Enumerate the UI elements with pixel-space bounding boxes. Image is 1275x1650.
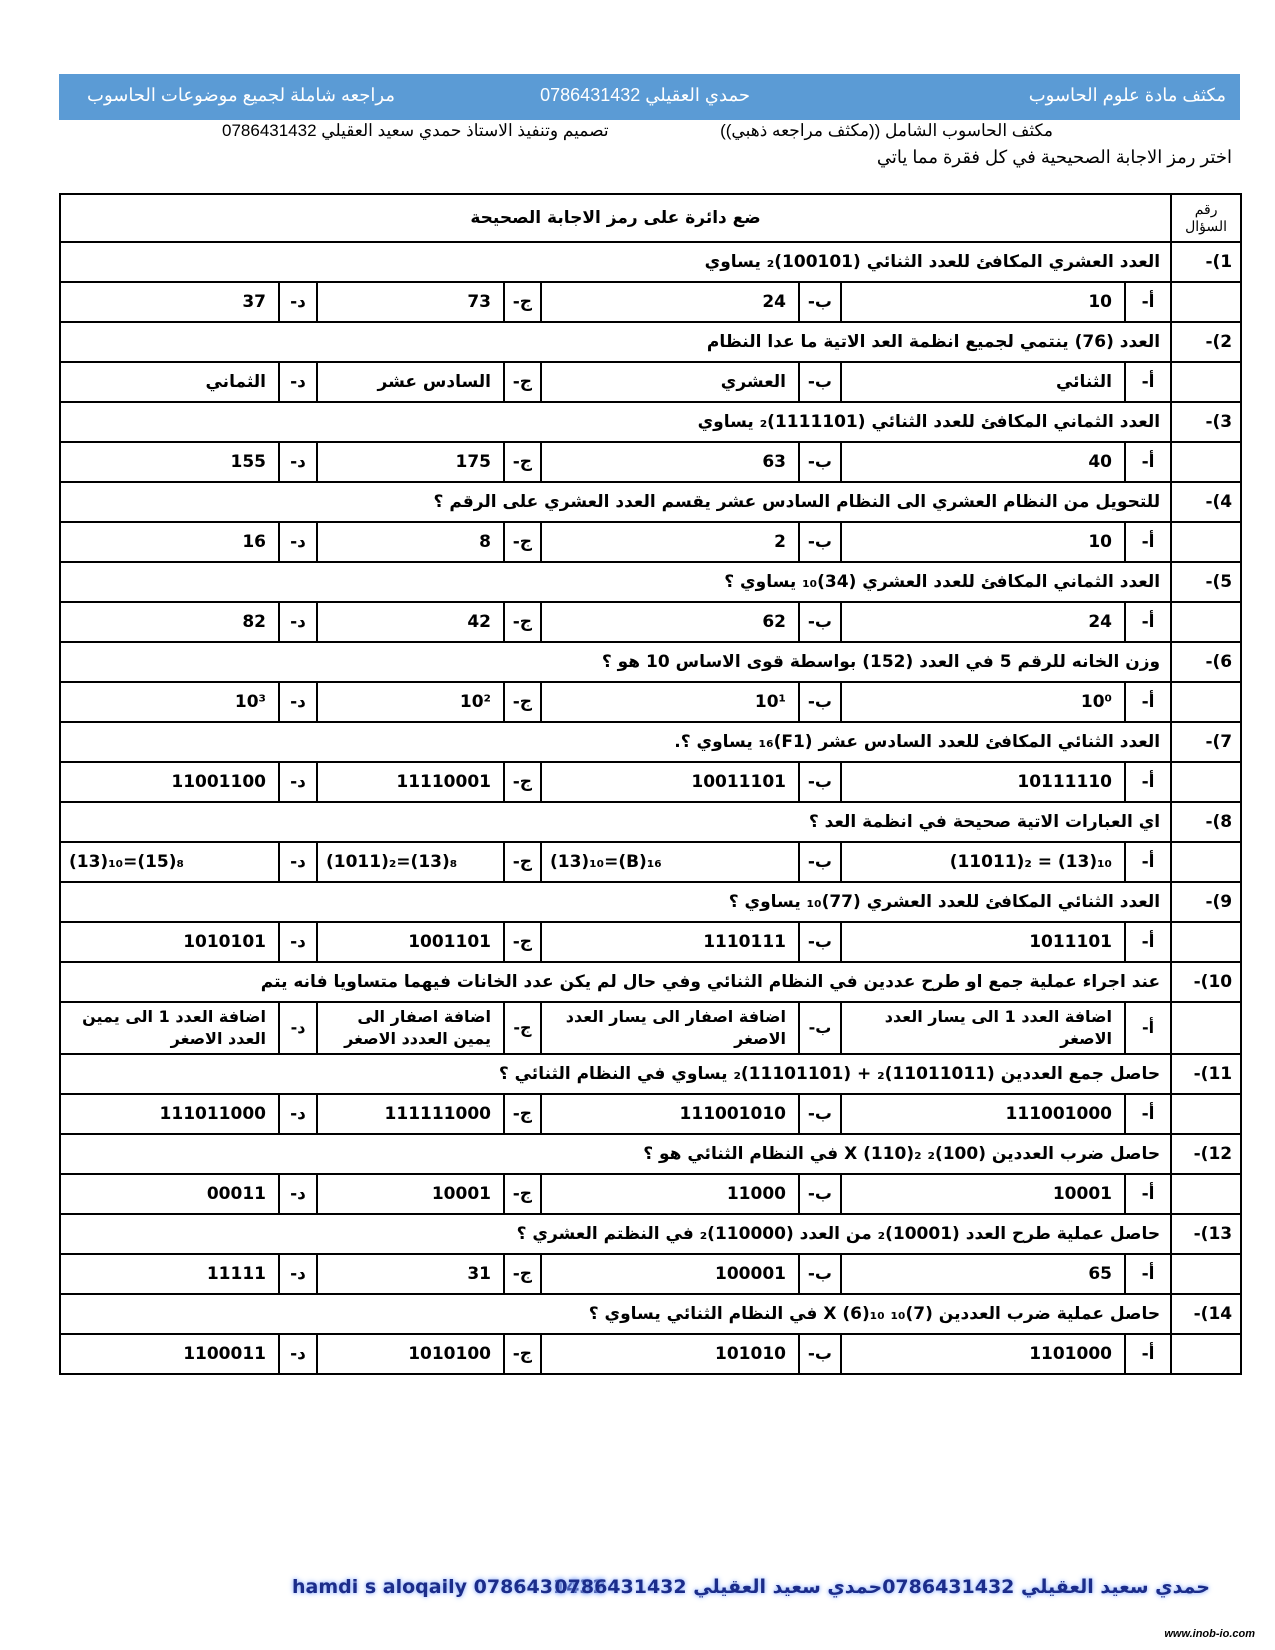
option-d[interactable]: 82 (60, 602, 279, 642)
question-text: للتحويل من النظام العشري الى النظام السا… (60, 482, 1171, 522)
empty-number-cell (1171, 1334, 1241, 1374)
option-a[interactable]: 10⁰ (841, 682, 1125, 722)
question-text: العدد الثنائي المكافئ للعدد العشري (77)₁… (60, 882, 1171, 922)
option-b-label[interactable]: ب- (799, 522, 841, 562)
option-d[interactable]: 111011000 (60, 1094, 279, 1134)
option-b-label[interactable]: ب- (799, 1334, 841, 1374)
option-d-label[interactable]: د- (279, 602, 317, 642)
question-row: عند اجراء عملية جمع او طرح عددين في النظ… (60, 962, 1241, 1002)
option-a[interactable]: الثنائي (841, 362, 1125, 402)
option-a-label[interactable]: أ- (1125, 922, 1171, 962)
question-text: العدد الثماني المكافئ للعدد الثنائي (111… (60, 402, 1171, 442)
question-row: وزن الخانه للرقم 5 في العدد (152) بواسطة… (60, 642, 1241, 682)
option-a-label[interactable]: أ- (1125, 1094, 1171, 1134)
option-a[interactable]: 10 (841, 522, 1125, 562)
question-text: العدد الثماني المكافئ للعدد العشري (34)₁… (60, 562, 1171, 602)
answer-row: اضافة العدد 1 الى يمين العدد الاصغرد-اضا… (60, 1002, 1241, 1054)
option-c-label[interactable]: ج- (504, 762, 541, 802)
option-a-label[interactable]: أ- (1125, 1002, 1171, 1054)
option-c-label[interactable]: ج- (504, 1002, 541, 1054)
option-d-label[interactable]: د- (279, 362, 317, 402)
question-text: العدد (76) ينتمي لجميع انظمة العد الاتية… (60, 322, 1171, 362)
option-b-label[interactable]: ب- (799, 922, 841, 962)
option-b[interactable]: العشري (541, 362, 799, 402)
answer-row: 10³د-10²ج-10¹ب-10⁰أ- (60, 682, 1241, 722)
option-c-label[interactable]: ج- (504, 362, 541, 402)
empty-number-cell (1171, 442, 1241, 482)
question-number: 8)- (1171, 802, 1241, 842)
option-b[interactable]: 11000 (541, 1174, 799, 1214)
option-b-label[interactable]: ب- (799, 362, 841, 402)
option-a-label[interactable]: أ- (1125, 602, 1171, 642)
option-d-label[interactable]: د- (279, 1002, 317, 1054)
option-a[interactable]: اضافة العدد 1 الى يسار العدد الاصغر (841, 1002, 1125, 1054)
option-b[interactable]: 10¹ (541, 682, 799, 722)
option-b-label[interactable]: ب- (799, 1174, 841, 1214)
option-d[interactable]: الثماني (60, 362, 279, 402)
option-b-label[interactable]: ب- (799, 682, 841, 722)
question-row: للتحويل من النظام العشري الى النظام السا… (60, 482, 1241, 522)
option-c-label[interactable]: ج- (504, 1334, 541, 1374)
question-number: 2)- (1171, 322, 1241, 362)
option-d[interactable]: 10³ (60, 682, 279, 722)
question-row: حاصل عملية ضرب العددين (7)₁₀ X (6)₁₀ في … (60, 1294, 1241, 1334)
question-text: اي العبارات الاتية صحيحة في انظمة العد ؟ (60, 802, 1171, 842)
option-d-label[interactable]: د- (279, 1094, 317, 1134)
question-text: حاصل عملية ضرب العددين (7)₁₀ X (6)₁₀ في … (60, 1294, 1171, 1334)
empty-number-cell (1171, 362, 1241, 402)
empty-number-cell (1171, 1174, 1241, 1214)
question-row: العدد الثماني المكافئ للعدد العشري (34)₁… (60, 562, 1241, 602)
instruction-text: اختر رمز الاجابة الصحيحية في كل فقرة مما… (877, 147, 1232, 168)
option-a[interactable]: 1011101 (841, 922, 1125, 962)
option-d-label[interactable]: د- (279, 1334, 317, 1374)
question-row: العدد العشري المكافئ للعدد الثنائي (1001… (60, 242, 1241, 282)
question-number: 7)- (1171, 722, 1241, 762)
question-number: 3)- (1171, 402, 1241, 442)
answer-row: 37د-73ج-24ب-10أ- (60, 282, 1241, 322)
option-d-label[interactable]: د- (279, 522, 317, 562)
answer-row: 16د-8ج-2ب-10أ- (60, 522, 1241, 562)
option-b[interactable]: 100001 (541, 1254, 799, 1294)
option-a[interactable]: 1101000 (841, 1334, 1125, 1374)
empty-number-cell (1171, 922, 1241, 962)
option-d[interactable]: اضافة العدد 1 الى يمين العدد الاصغر (60, 1002, 279, 1054)
question-number: 4)- (1171, 482, 1241, 522)
question-number: 5)- (1171, 562, 1241, 602)
option-b-label[interactable]: ب- (799, 1002, 841, 1054)
option-d[interactable]: 11111 (60, 1254, 279, 1294)
option-c[interactable]: 10001 (317, 1174, 504, 1214)
option-c-label[interactable]: ج- (504, 842, 541, 882)
question-row: العدد الثنائي المكافئ للعدد العشري (77)₁… (60, 882, 1241, 922)
answer-row: 11111د-31ج-100001ب-65أ- (60, 1254, 1241, 1294)
option-b[interactable]: 2 (541, 522, 799, 562)
option-c[interactable]: 8 (317, 522, 504, 562)
option-a[interactable]: 10111110 (841, 762, 1125, 802)
option-b[interactable]: 62 (541, 602, 799, 642)
option-d[interactable]: 1010101 (60, 922, 279, 962)
option-a-label[interactable]: أ- (1125, 1174, 1171, 1214)
empty-number-cell (1171, 762, 1241, 802)
option-d[interactable]: 1100011 (60, 1334, 279, 1374)
question-number: 14)- (1171, 1294, 1241, 1334)
option-c[interactable]: 175 (317, 442, 504, 482)
option-d[interactable]: (13)₁₀=(15)₈ (60, 842, 279, 882)
option-c-label[interactable]: ج- (504, 522, 541, 562)
answer-row: 00011د-10001ج-11000ب-10001أ- (60, 1174, 1241, 1214)
empty-number-cell (1171, 602, 1241, 642)
question-number: 1)- (1171, 242, 1241, 282)
option-b-label[interactable]: ب- (799, 762, 841, 802)
answer-row: 1010101د-1001101ج-1110111ب-1011101أ- (60, 922, 1241, 962)
option-c-label[interactable]: ج- (504, 282, 541, 322)
footer-website: www.inob-io.com (1164, 1628, 1255, 1640)
questions-table: ضع دائرة على رمز الاجابة الصحيحة رقم الس… (59, 193, 1242, 1375)
banner-subject: مكثف مادة علوم الحاسوب (1029, 85, 1226, 106)
option-c-label[interactable]: ج- (504, 602, 541, 642)
table-header-row: ضع دائرة على رمز الاجابة الصحيحة رقم الس… (60, 194, 1241, 242)
option-a-label[interactable]: أ- (1125, 362, 1171, 402)
question-row: اي العبارات الاتية صحيحة في انظمة العد ؟… (60, 802, 1241, 842)
empty-number-cell (1171, 1094, 1241, 1134)
option-d-label[interactable]: د- (279, 762, 317, 802)
question-number: 12)- (1171, 1134, 1241, 1174)
option-b-label[interactable]: ب- (799, 842, 841, 882)
option-b[interactable]: 111001010 (541, 1094, 799, 1134)
empty-number-cell (1171, 522, 1241, 562)
question-number: 13)- (1171, 1214, 1241, 1254)
question-row: العدد (76) ينتمي لجميع انظمة العد الاتية… (60, 322, 1241, 362)
answer-row: 11001100د-11110001ج-10011101ب-10111110أ- (60, 762, 1241, 802)
option-d[interactable]: 00011 (60, 1174, 279, 1214)
empty-number-cell (1171, 1254, 1241, 1294)
option-d-label[interactable]: د- (279, 682, 317, 722)
empty-number-cell (1171, 282, 1241, 322)
option-d-label[interactable]: د- (279, 1254, 317, 1294)
question-text: وزن الخانه للرقم 5 في العدد (152) بواسطة… (60, 642, 1171, 682)
footer-author-arabic: حمدي سعيد العقيلي 0786431432حمدي سعيد ال… (554, 1576, 1210, 1598)
question-text: حاصل ضرب العددين (100)₂ X (110)₂ في النظ… (60, 1134, 1171, 1174)
answer-row: 82د-42ج-62ب-24أ- (60, 602, 1241, 642)
option-d[interactable]: 11001100 (60, 762, 279, 802)
option-d-label[interactable]: د- (279, 282, 317, 322)
option-b[interactable]: اضافة اصفار الى يسار العدد الاصغر (541, 1002, 799, 1054)
option-b-label[interactable]: ب- (799, 282, 841, 322)
question-row: حاصل جمع العددين (11011011)₂ + (11101101… (60, 1054, 1241, 1094)
option-c-label[interactable]: ج- (504, 1174, 541, 1214)
option-b[interactable]: 10011101 (541, 762, 799, 802)
question-text: العدد العشري المكافئ للعدد الثنائي (1001… (60, 242, 1171, 282)
option-c[interactable]: 31 (317, 1254, 504, 1294)
option-a-label[interactable]: أ- (1125, 1334, 1171, 1374)
option-c[interactable]: اضافة اصفار الى يمين العددد الاصغر (317, 1002, 504, 1054)
option-a[interactable]: 10001 (841, 1174, 1125, 1214)
question-text: حاصل عملية طرح العدد (10001)₂ من العدد (… (60, 1214, 1171, 1254)
option-c[interactable]: السادس عشر (317, 362, 504, 402)
option-b-label[interactable]: ب- (799, 1094, 841, 1134)
option-a[interactable]: 10 (841, 282, 1125, 322)
option-a[interactable]: 65 (841, 1254, 1125, 1294)
question-text: عند اجراء عملية جمع او طرح عددين في النظ… (60, 962, 1171, 1002)
option-c-label[interactable]: ج- (504, 682, 541, 722)
option-d-label[interactable]: د- (279, 442, 317, 482)
option-a[interactable]: 24 (841, 602, 1125, 642)
option-c[interactable]: 11110001 (317, 762, 504, 802)
option-c[interactable]: 42 (317, 602, 504, 642)
question-row: حاصل عملية طرح العدد (10001)₂ من العدد (… (60, 1214, 1241, 1254)
empty-number-cell (1171, 682, 1241, 722)
option-c-label[interactable]: ج- (504, 1254, 541, 1294)
option-d[interactable]: 155 (60, 442, 279, 482)
answer-row: (13)₁₀=(15)₈د-(1011)₂=(13)₈ج-(13)₁₀=(B)₁… (60, 842, 1241, 882)
option-c[interactable]: 1001101 (317, 922, 504, 962)
banner-author-phone: حمدي العقيلي 0786431432 (540, 85, 750, 106)
empty-number-cell (1171, 842, 1241, 882)
option-b[interactable]: 1110111 (541, 922, 799, 962)
option-b[interactable]: 63 (541, 442, 799, 482)
option-c-label[interactable]: ج- (504, 922, 541, 962)
question-number: 6)- (1171, 642, 1241, 682)
option-c[interactable]: 111111000 (317, 1094, 504, 1134)
option-c-label[interactable]: ج- (504, 442, 541, 482)
question-text: حاصل جمع العددين (11011011)₂ + (11101101… (60, 1054, 1171, 1094)
option-a-label[interactable]: أ- (1125, 282, 1171, 322)
answer-row: 1100011د-1010100ج-101010ب-1101000أ- (60, 1334, 1241, 1374)
option-d-label[interactable]: د- (279, 922, 317, 962)
option-a-label[interactable]: أ- (1125, 842, 1171, 882)
option-d[interactable]: 16 (60, 522, 279, 562)
option-a[interactable]: 111001000 (841, 1094, 1125, 1134)
table-header-title: ضع دائرة على رمز الاجابة الصحيحة (60, 194, 1171, 242)
option-a-label[interactable]: أ- (1125, 762, 1171, 802)
question-row: العدد الثماني المكافئ للعدد الثنائي (111… (60, 402, 1241, 442)
option-b-label[interactable]: ب- (799, 442, 841, 482)
answer-row: 111011000د-111111000ج-111001010ب-1110010… (60, 1094, 1241, 1134)
banner-review-title: مراجعه شاملة لجميع موضوعات الحاسوب (87, 85, 395, 106)
option-a-label[interactable]: أ- (1125, 522, 1171, 562)
option-a[interactable]: (11011)₂ = (13)₁₀ (841, 842, 1125, 882)
question-number: 9)- (1171, 882, 1241, 922)
option-d-label[interactable]: د- (279, 1174, 317, 1214)
option-c[interactable]: (1011)₂=(13)₈ (317, 842, 504, 882)
option-c[interactable]: 73 (317, 282, 504, 322)
question-number: 11)- (1171, 1054, 1241, 1094)
empty-number-cell (1171, 1002, 1241, 1054)
option-b[interactable]: 101010 (541, 1334, 799, 1374)
option-a-label[interactable]: أ- (1125, 442, 1171, 482)
question-number: 10)- (1171, 962, 1241, 1002)
option-a-label[interactable]: أ- (1125, 682, 1171, 722)
option-d[interactable]: 37 (60, 282, 279, 322)
table-header-number: رقم السؤال (1171, 194, 1241, 242)
option-b-label[interactable]: ب- (799, 602, 841, 642)
option-a[interactable]: 40 (841, 442, 1125, 482)
question-text: العدد الثنائي المكافئ للعدد السادس عشر (… (60, 722, 1171, 762)
question-row: حاصل ضرب العددين (100)₂ X (110)₂ في النظ… (60, 1134, 1241, 1174)
subtitle-author: تصميم وتنفيذ الاستاذ حمدي سعيد العقيلي 0… (222, 121, 609, 141)
option-b[interactable]: 24 (541, 282, 799, 322)
option-c-label[interactable]: ج- (504, 1094, 541, 1134)
answer-row: الثمانيد-السادس عشرج-العشريب-الثنائيأ- (60, 362, 1241, 402)
option-c[interactable]: 10² (317, 682, 504, 722)
option-c[interactable]: 1010100 (317, 1334, 504, 1374)
answer-row: 155د-175ج-63ب-40أ- (60, 442, 1241, 482)
option-b-label[interactable]: ب- (799, 1254, 841, 1294)
question-row: العدد الثنائي المكافئ للعدد السادس عشر (… (60, 722, 1241, 762)
subtitle-course: مكثف الحاسوب الشامل ((مكثف مراجعه ذهبي)) (720, 121, 1053, 141)
header-banner: مكثف مادة علوم الحاسوب حمدي العقيلي 0786… (59, 74, 1240, 120)
option-a-label[interactable]: أ- (1125, 1254, 1171, 1294)
option-d-label[interactable]: د- (279, 842, 317, 882)
option-b[interactable]: (13)₁₀=(B)₁₆ (541, 842, 799, 882)
